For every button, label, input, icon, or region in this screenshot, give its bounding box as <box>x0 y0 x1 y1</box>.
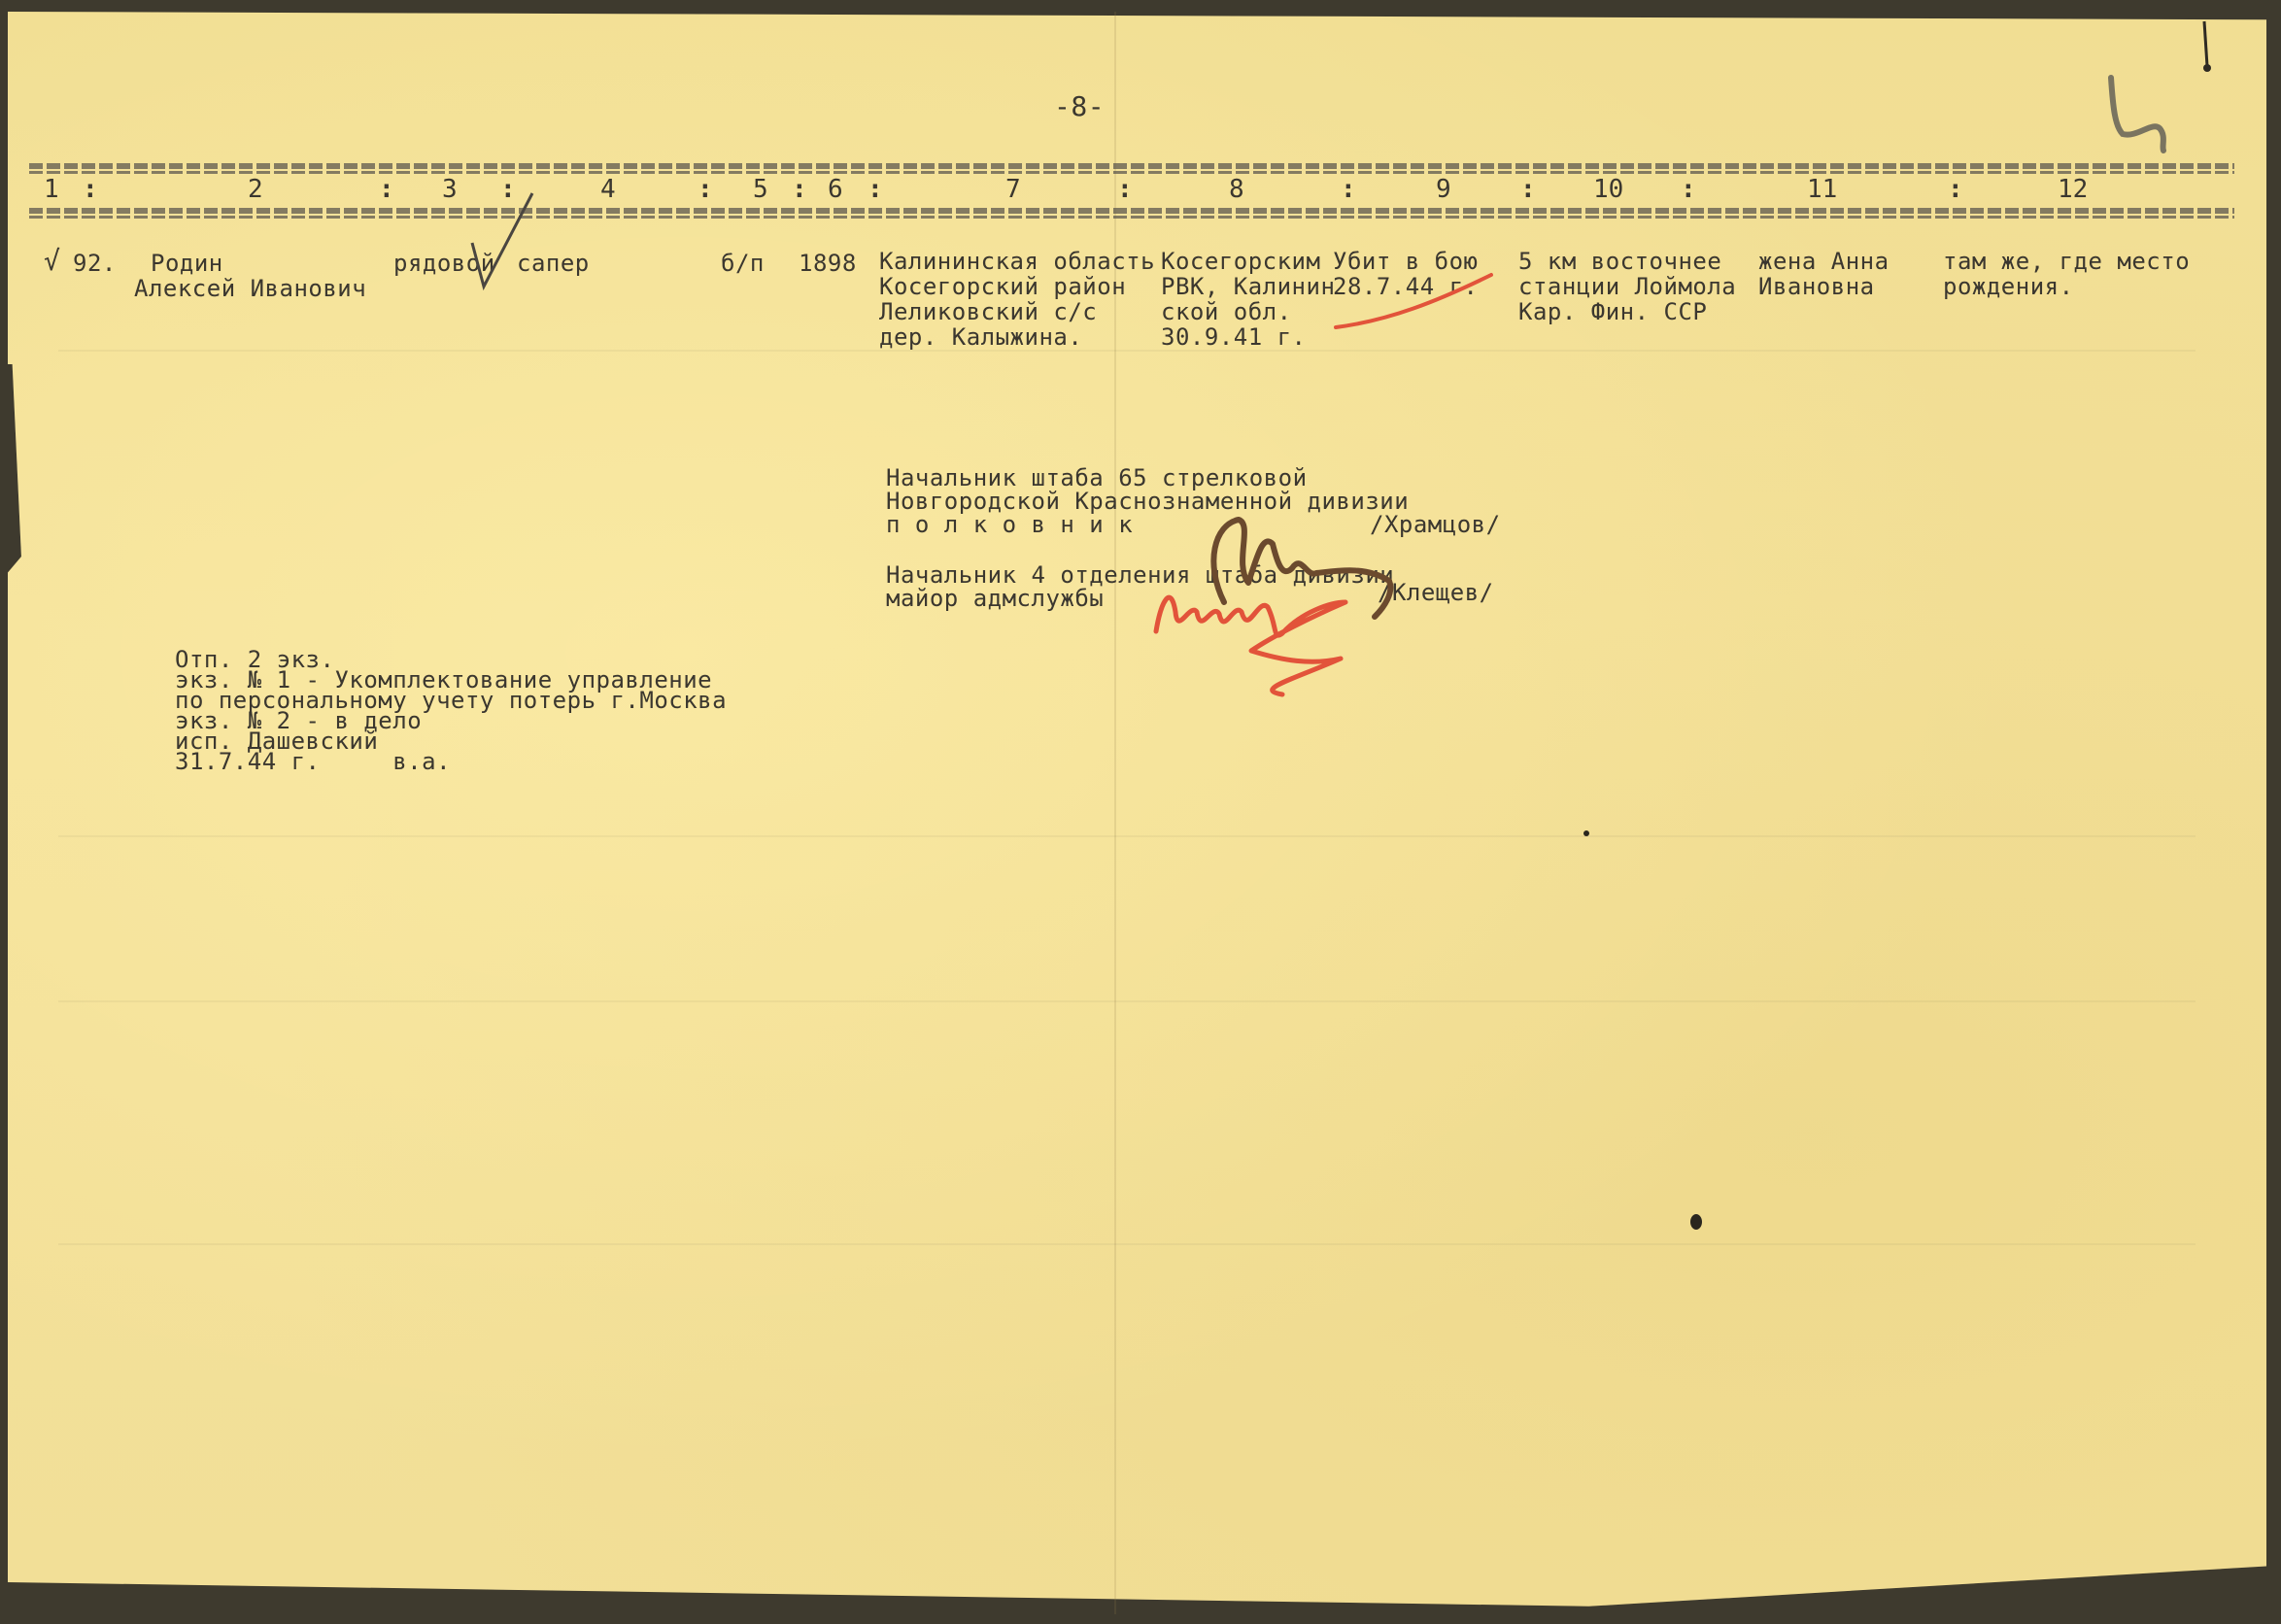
check-mark-icon: √ <box>44 248 60 275</box>
column-7: 7 <box>1005 175 1021 204</box>
column-4: 4 <box>600 175 616 204</box>
column-8: 8 <box>1229 175 1244 204</box>
chief-of-staff-rank: п о л к о в н и к <box>886 511 1133 538</box>
name-patronymic: Алексей Иванович <box>134 275 366 302</box>
page-number: -8- <box>1054 93 1105 120</box>
column-6: 6 <box>828 175 843 204</box>
birth-year: 1898 <box>799 250 857 277</box>
ink-speck <box>1690 1214 1702 1230</box>
red-pencil-stroke-icon <box>1331 267 1496 335</box>
date-line: 31.7.44 г. в.а. <box>175 748 451 775</box>
column-5: 5 <box>753 175 768 204</box>
ink-speck <box>1583 830 1589 836</box>
dept-chief-rank: майор адмслужбы <box>886 585 1104 612</box>
column-11: 11 <box>1807 175 1837 204</box>
corner-pencil-mark-icon <box>2103 68 2181 155</box>
surname: Родин <box>151 250 223 277</box>
column-2: 2 <box>248 175 263 204</box>
record-number: 92. <box>73 250 117 277</box>
column-1: 1 <box>44 175 59 204</box>
header-rule-top <box>29 163 2234 169</box>
ink-stroke-icon <box>2200 19 2212 78</box>
column-12: 12 <box>2058 175 2088 204</box>
column-10: 10 <box>1593 175 1623 204</box>
column-9: 9 <box>1436 175 1451 204</box>
large-check-mark-icon <box>464 189 542 296</box>
party-status: б/п <box>721 250 765 277</box>
handwritten-signature-red-icon <box>1137 544 1389 699</box>
column-3: 3 <box>442 175 458 204</box>
header-rule-bottom <box>29 208 2234 214</box>
